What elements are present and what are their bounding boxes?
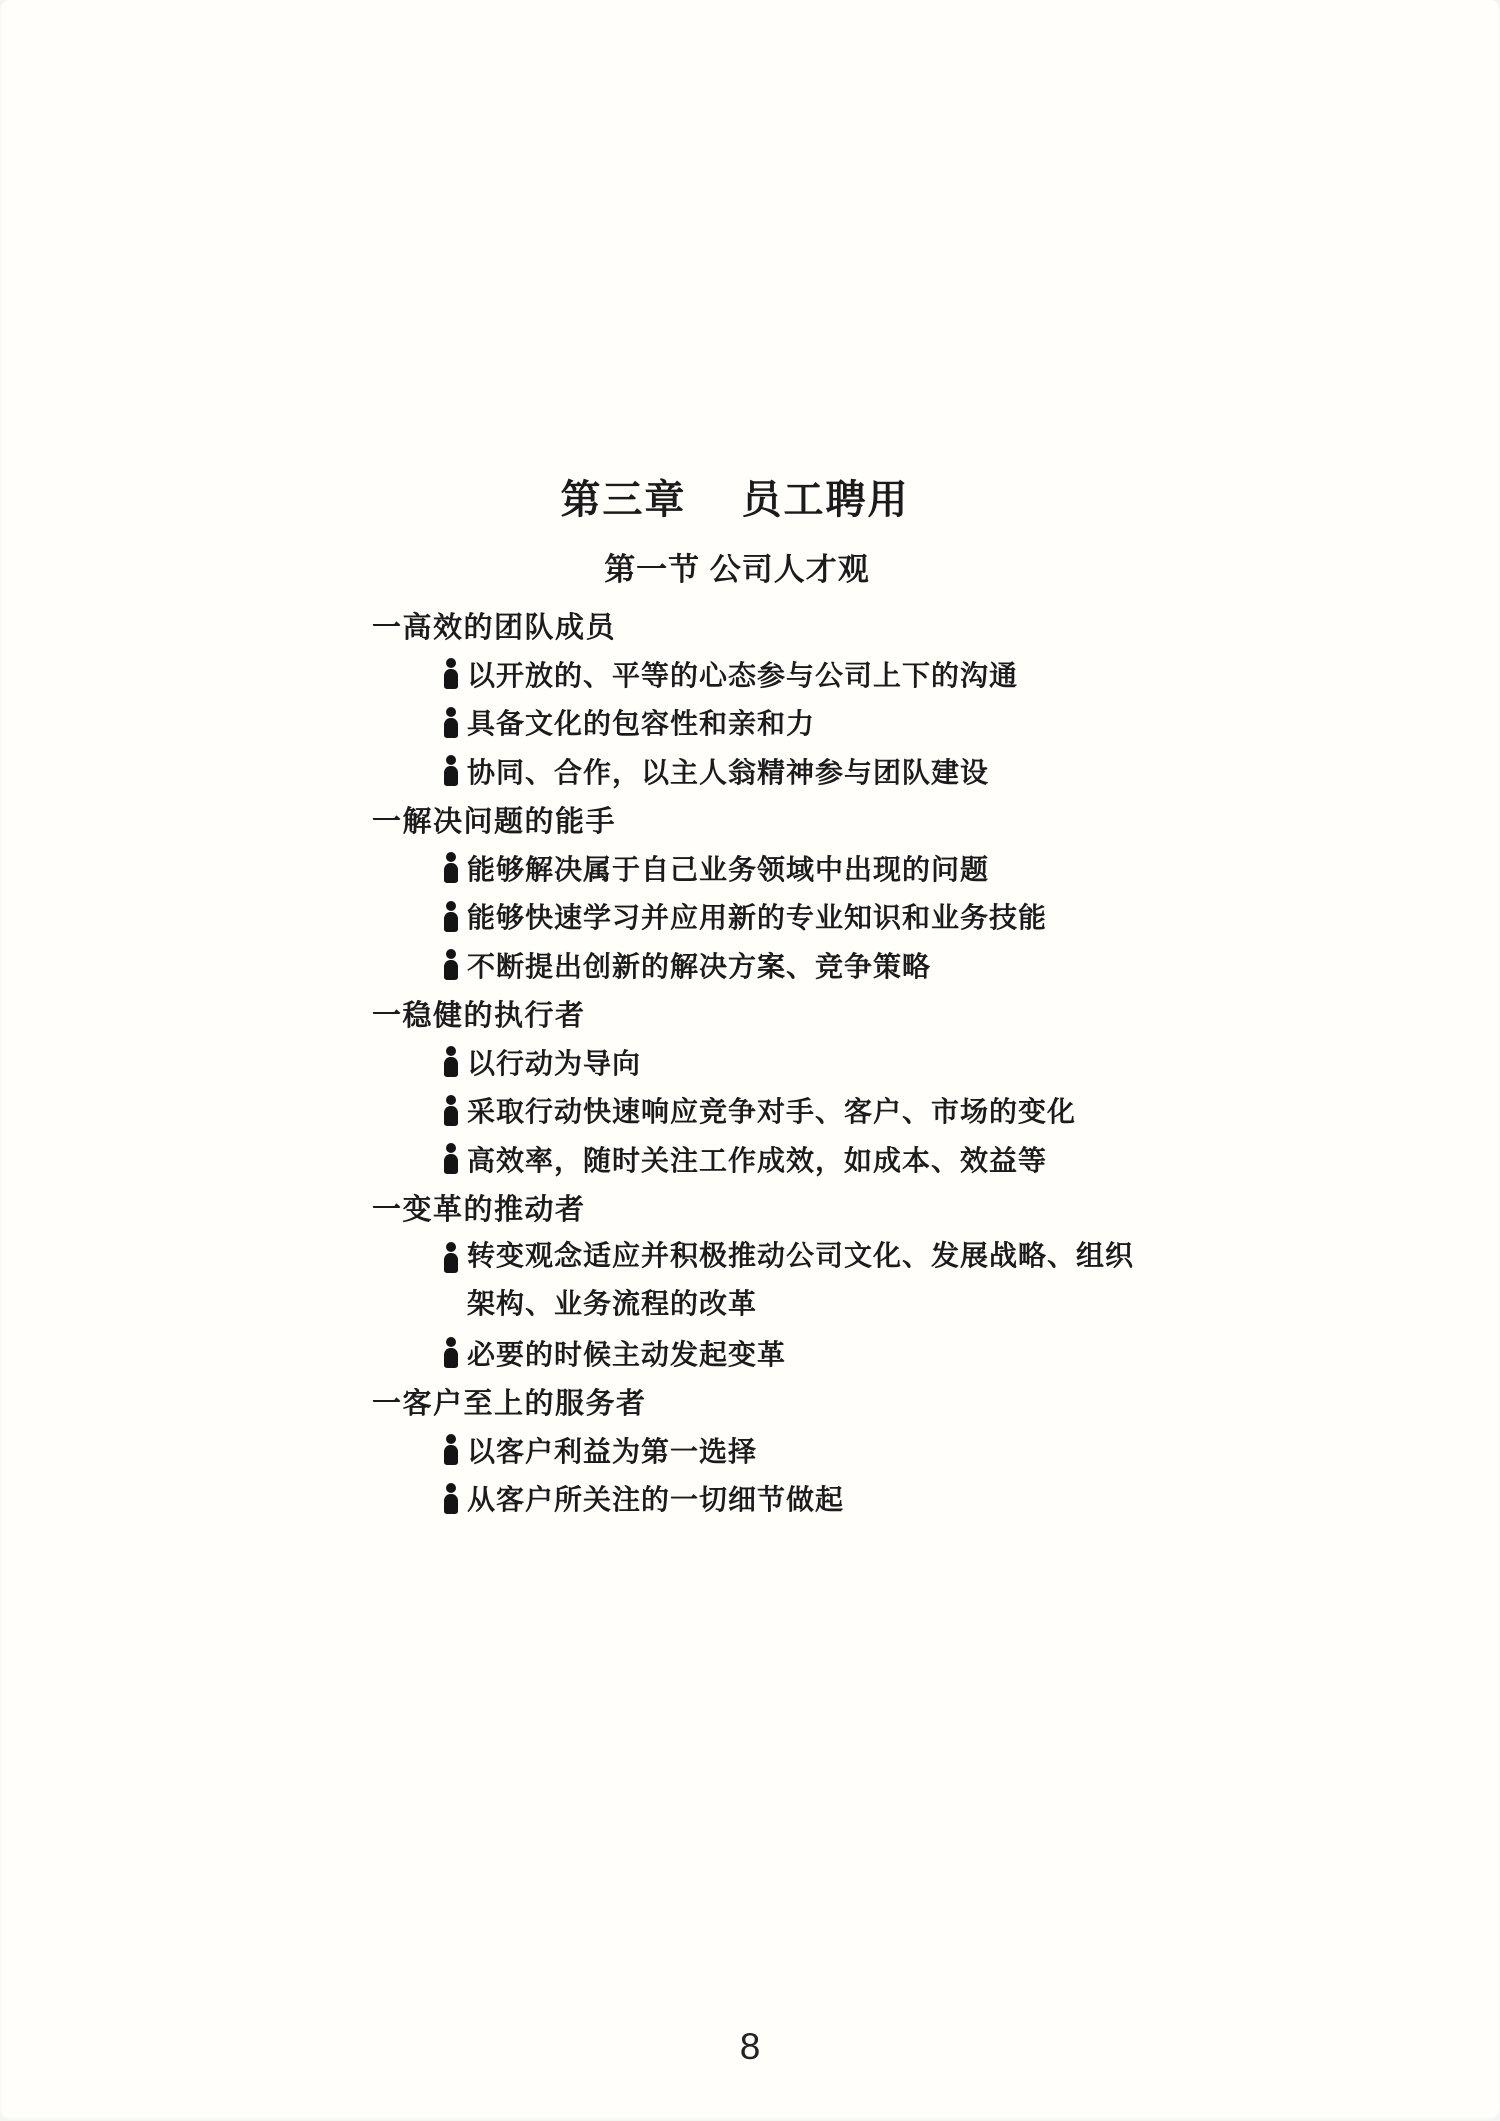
chapter-title: 第三章 员工聘用 bbox=[0, 477, 1470, 523]
list-item-text: 能够解决属于自己业务领域中出现的问题 bbox=[467, 848, 989, 888]
section-heading: 一稳健的执行者 bbox=[0, 989, 1500, 1038]
talent-view-list: 一高效的团队成员 以开放的、平等的心态参与公司上下的沟通 具备文化的包容性和亲和… bbox=[0, 601, 1500, 1523]
list-item: 具备文化的包容性和亲和力 bbox=[0, 698, 1500, 747]
list-item-line: 架构、业务流程的改革 bbox=[467, 1288, 757, 1319]
person-bullet-icon bbox=[444, 901, 458, 932]
list-item: 能够快速学习并应用新的专业知识和业务技能 bbox=[0, 892, 1500, 941]
section-heading: 一变革的推动者 bbox=[0, 1183, 1500, 1232]
person-bullet-icon bbox=[444, 1337, 458, 1368]
person-bullet-icon bbox=[444, 1483, 458, 1514]
list-item-text: 具备文化的包容性和亲和力 bbox=[467, 702, 815, 742]
list-item-text: 能够快速学习并应用新的专业知识和业务技能 bbox=[467, 896, 1047, 936]
list-item: 以客户利益为第一选择 bbox=[0, 1426, 1500, 1475]
person-bullet-icon bbox=[444, 1046, 458, 1077]
person-bullet-icon bbox=[444, 1095, 458, 1126]
list-item-text: 从客户所关注的一切细节做起 bbox=[467, 1478, 844, 1518]
list-item-text: 必要的时候主动发起变革 bbox=[467, 1333, 786, 1373]
list-item: 必要的时候主动发起变革 bbox=[0, 1329, 1500, 1378]
list-item: 采取行动快速响应竞争对手、客户、市场的变化 bbox=[0, 1086, 1500, 1135]
list-item: 不断提出创新的解决方案、竞争策略 bbox=[0, 941, 1500, 990]
person-bullet-icon bbox=[444, 1434, 458, 1465]
document-page: 第三章 员工聘用 第一节 公司人才观 一高效的团队成员 以开放的、平等的心态参与… bbox=[0, 0, 1500, 2121]
person-bullet-icon bbox=[444, 949, 458, 980]
person-bullet-icon bbox=[444, 852, 458, 883]
section-heading: 一高效的团队成员 bbox=[0, 601, 1500, 650]
list-item: 以行动为导向 bbox=[0, 1038, 1500, 1087]
person-bullet-icon bbox=[444, 755, 458, 786]
list-item-text: 以开放的、平等的心态参与公司上下的沟通 bbox=[467, 654, 1018, 694]
section-title: 第一节 公司人才观 bbox=[0, 551, 1474, 589]
list-item-text: 不断提出创新的解决方案、竞争策略 bbox=[467, 945, 931, 985]
list-item: 协同、合作，以主人翁精神参与团队建设 bbox=[0, 747, 1500, 796]
list-item-text: 采取行动快速响应竞争对手、客户、市场的变化 bbox=[467, 1090, 1076, 1130]
list-item: 转变观念适应并积极推动公司文化、发展战略、组织架构、业务流程的改革 bbox=[0, 1232, 1500, 1329]
list-item-line: 转变观念适应并积极推动公司文化、发展战略、组织 bbox=[467, 1240, 1134, 1271]
list-item: 以开放的、平等的心态参与公司上下的沟通 bbox=[0, 650, 1500, 699]
section-heading: 一客户至上的服务者 bbox=[0, 1377, 1500, 1426]
list-item-text: 转变观念适应并积极推动公司文化、发展战略、组织架构、业务流程的改革 bbox=[467, 1232, 1134, 1329]
section-heading: 一解决问题的能手 bbox=[0, 795, 1500, 844]
page-number: 8 bbox=[0, 2026, 1500, 2068]
person-bullet-icon bbox=[444, 1143, 458, 1174]
list-item: 高效率，随时关注工作成效，如成本、效益等 bbox=[0, 1135, 1500, 1184]
person-bullet-icon bbox=[444, 707, 458, 738]
list-item: 从客户所关注的一切细节做起 bbox=[0, 1474, 1500, 1523]
person-bullet-icon bbox=[444, 658, 458, 689]
list-item-text: 以行动为导向 bbox=[467, 1042, 641, 1082]
list-item: 能够解决属于自己业务领域中出现的问题 bbox=[0, 844, 1500, 893]
list-item-text: 高效率，随时关注工作成效，如成本、效益等 bbox=[467, 1139, 1047, 1179]
person-bullet-icon bbox=[444, 1242, 458, 1273]
list-item-text: 以客户利益为第一选择 bbox=[467, 1430, 757, 1470]
list-item-text: 协同、合作，以主人翁精神参与团队建设 bbox=[467, 751, 989, 791]
